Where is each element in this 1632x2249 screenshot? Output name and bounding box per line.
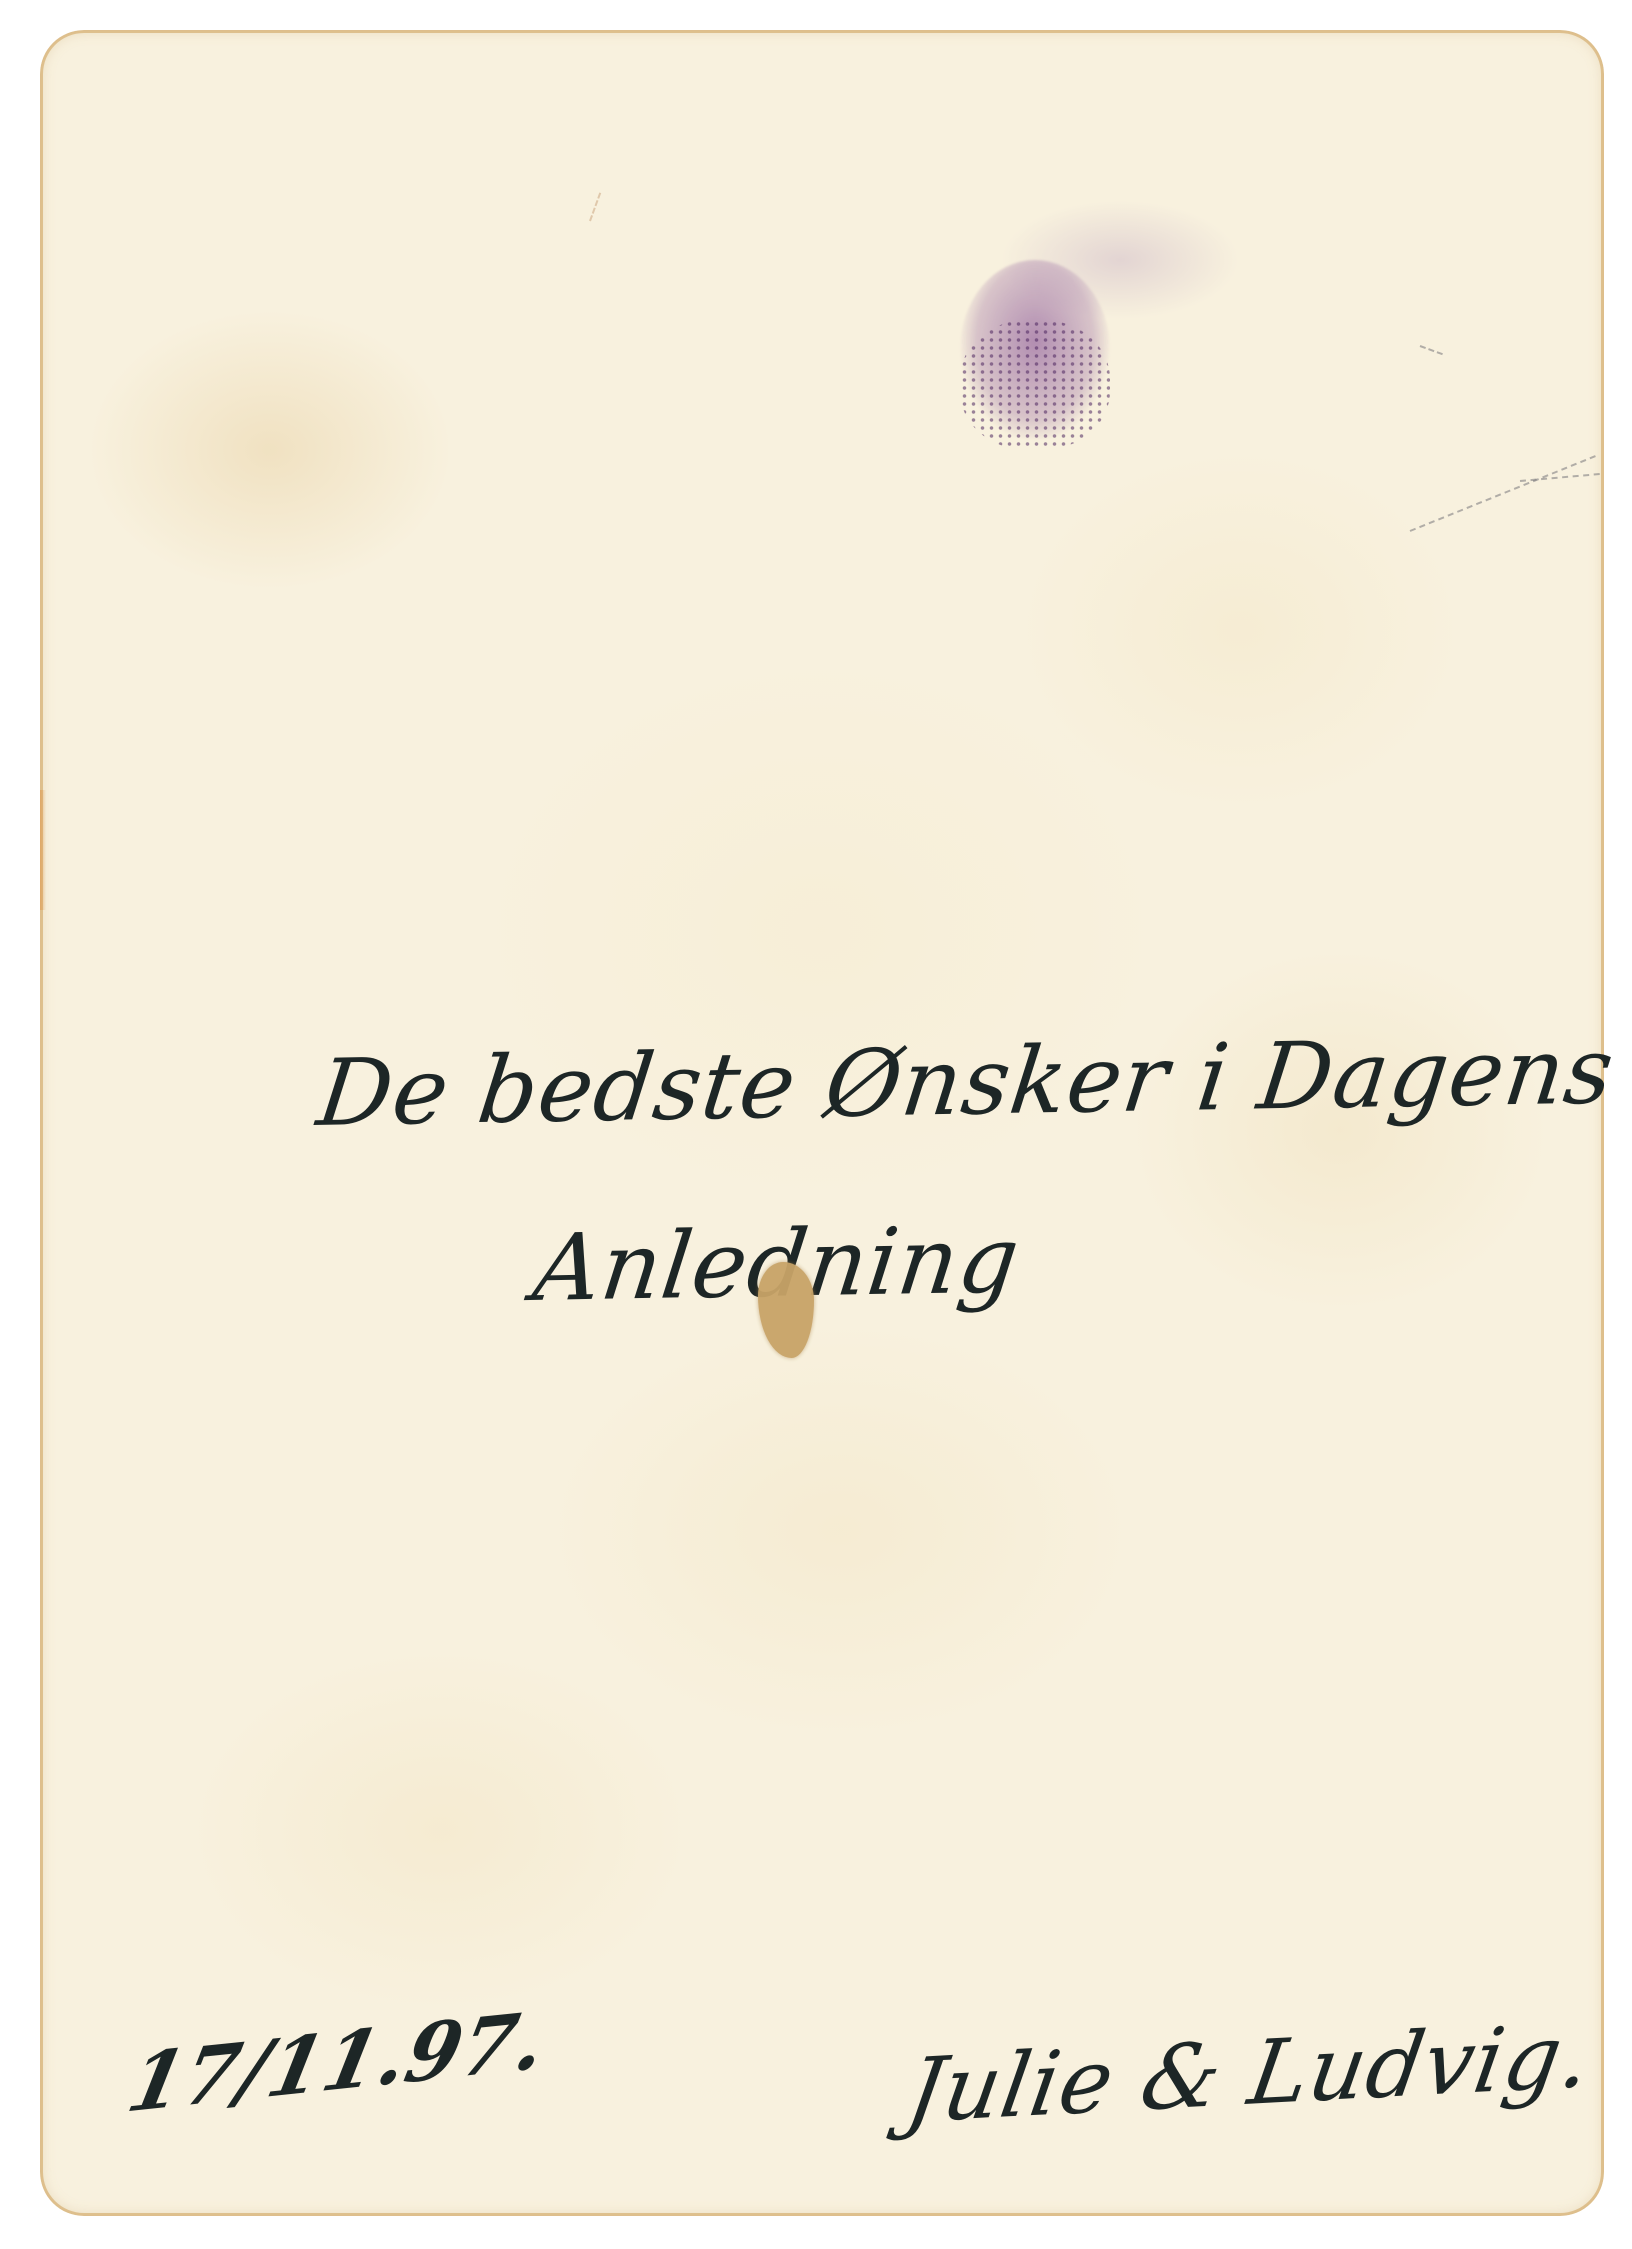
purple-ink-smudge bbox=[920, 200, 1240, 460]
ink-smudge-speckle bbox=[960, 320, 1110, 450]
edge-discoloration bbox=[40, 790, 46, 910]
inscription-line-1: De bedste Ønsker i Dagens bbox=[312, 1017, 1620, 1147]
